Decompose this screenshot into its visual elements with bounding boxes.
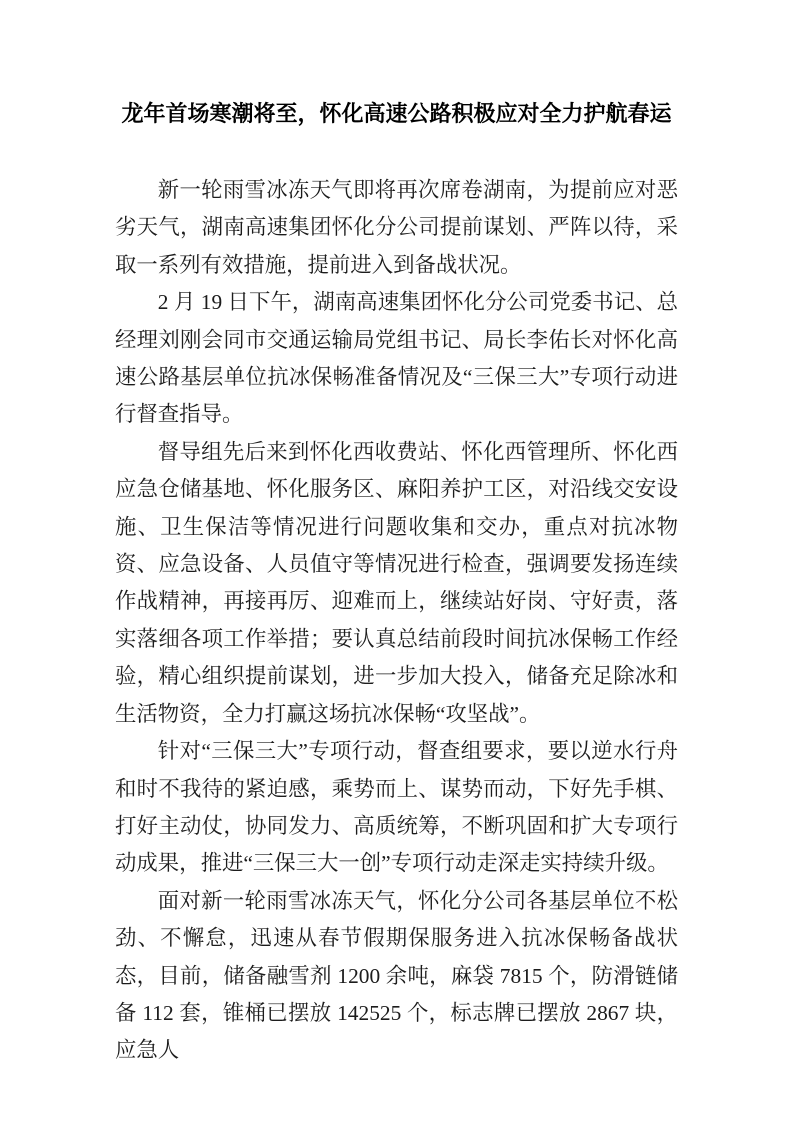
document-body: 新一轮雨雪冰冻天气即将再次席卷湖南，为提前应对恶劣天气，湖南高速集团怀化分公司提… bbox=[115, 172, 678, 1086]
paragraph-site-visits: 督导组先后来到怀化西收费站、怀化西管理所、怀化西应急仓储基地、怀化服务区、麻阳养… bbox=[115, 434, 678, 733]
document-page: 龙年首场寒潮将至，怀化高速公路积极应对全力护航春运 新一轮雨雪冰冻天气即将再次席… bbox=[0, 0, 793, 1122]
paragraph-supplies: 面对新一轮雨雪冰冻天气，怀化分公司各基层单位不松劲、不懈怠，迅速从春节假期保服务… bbox=[115, 883, 678, 1070]
paragraph-inspection-leaders: 2 月 19 日下午，湖南高速集团怀化分公司党委书记、总经理刘刚会同市交通运输局… bbox=[115, 284, 678, 434]
paragraph-intro: 新一轮雨雪冰冻天气即将再次席卷湖南，为提前应对恶劣天气，湖南高速集团怀化分公司提… bbox=[115, 172, 678, 284]
paragraph-special-action: 针对“三保三大”专项行动，督查组要求，要以逆水行舟和时不我待的紧迫感，乘势而上、… bbox=[115, 733, 678, 883]
document-title: 龙年首场寒潮将至，怀化高速公路积极应对全力护航春运 bbox=[115, 96, 678, 132]
